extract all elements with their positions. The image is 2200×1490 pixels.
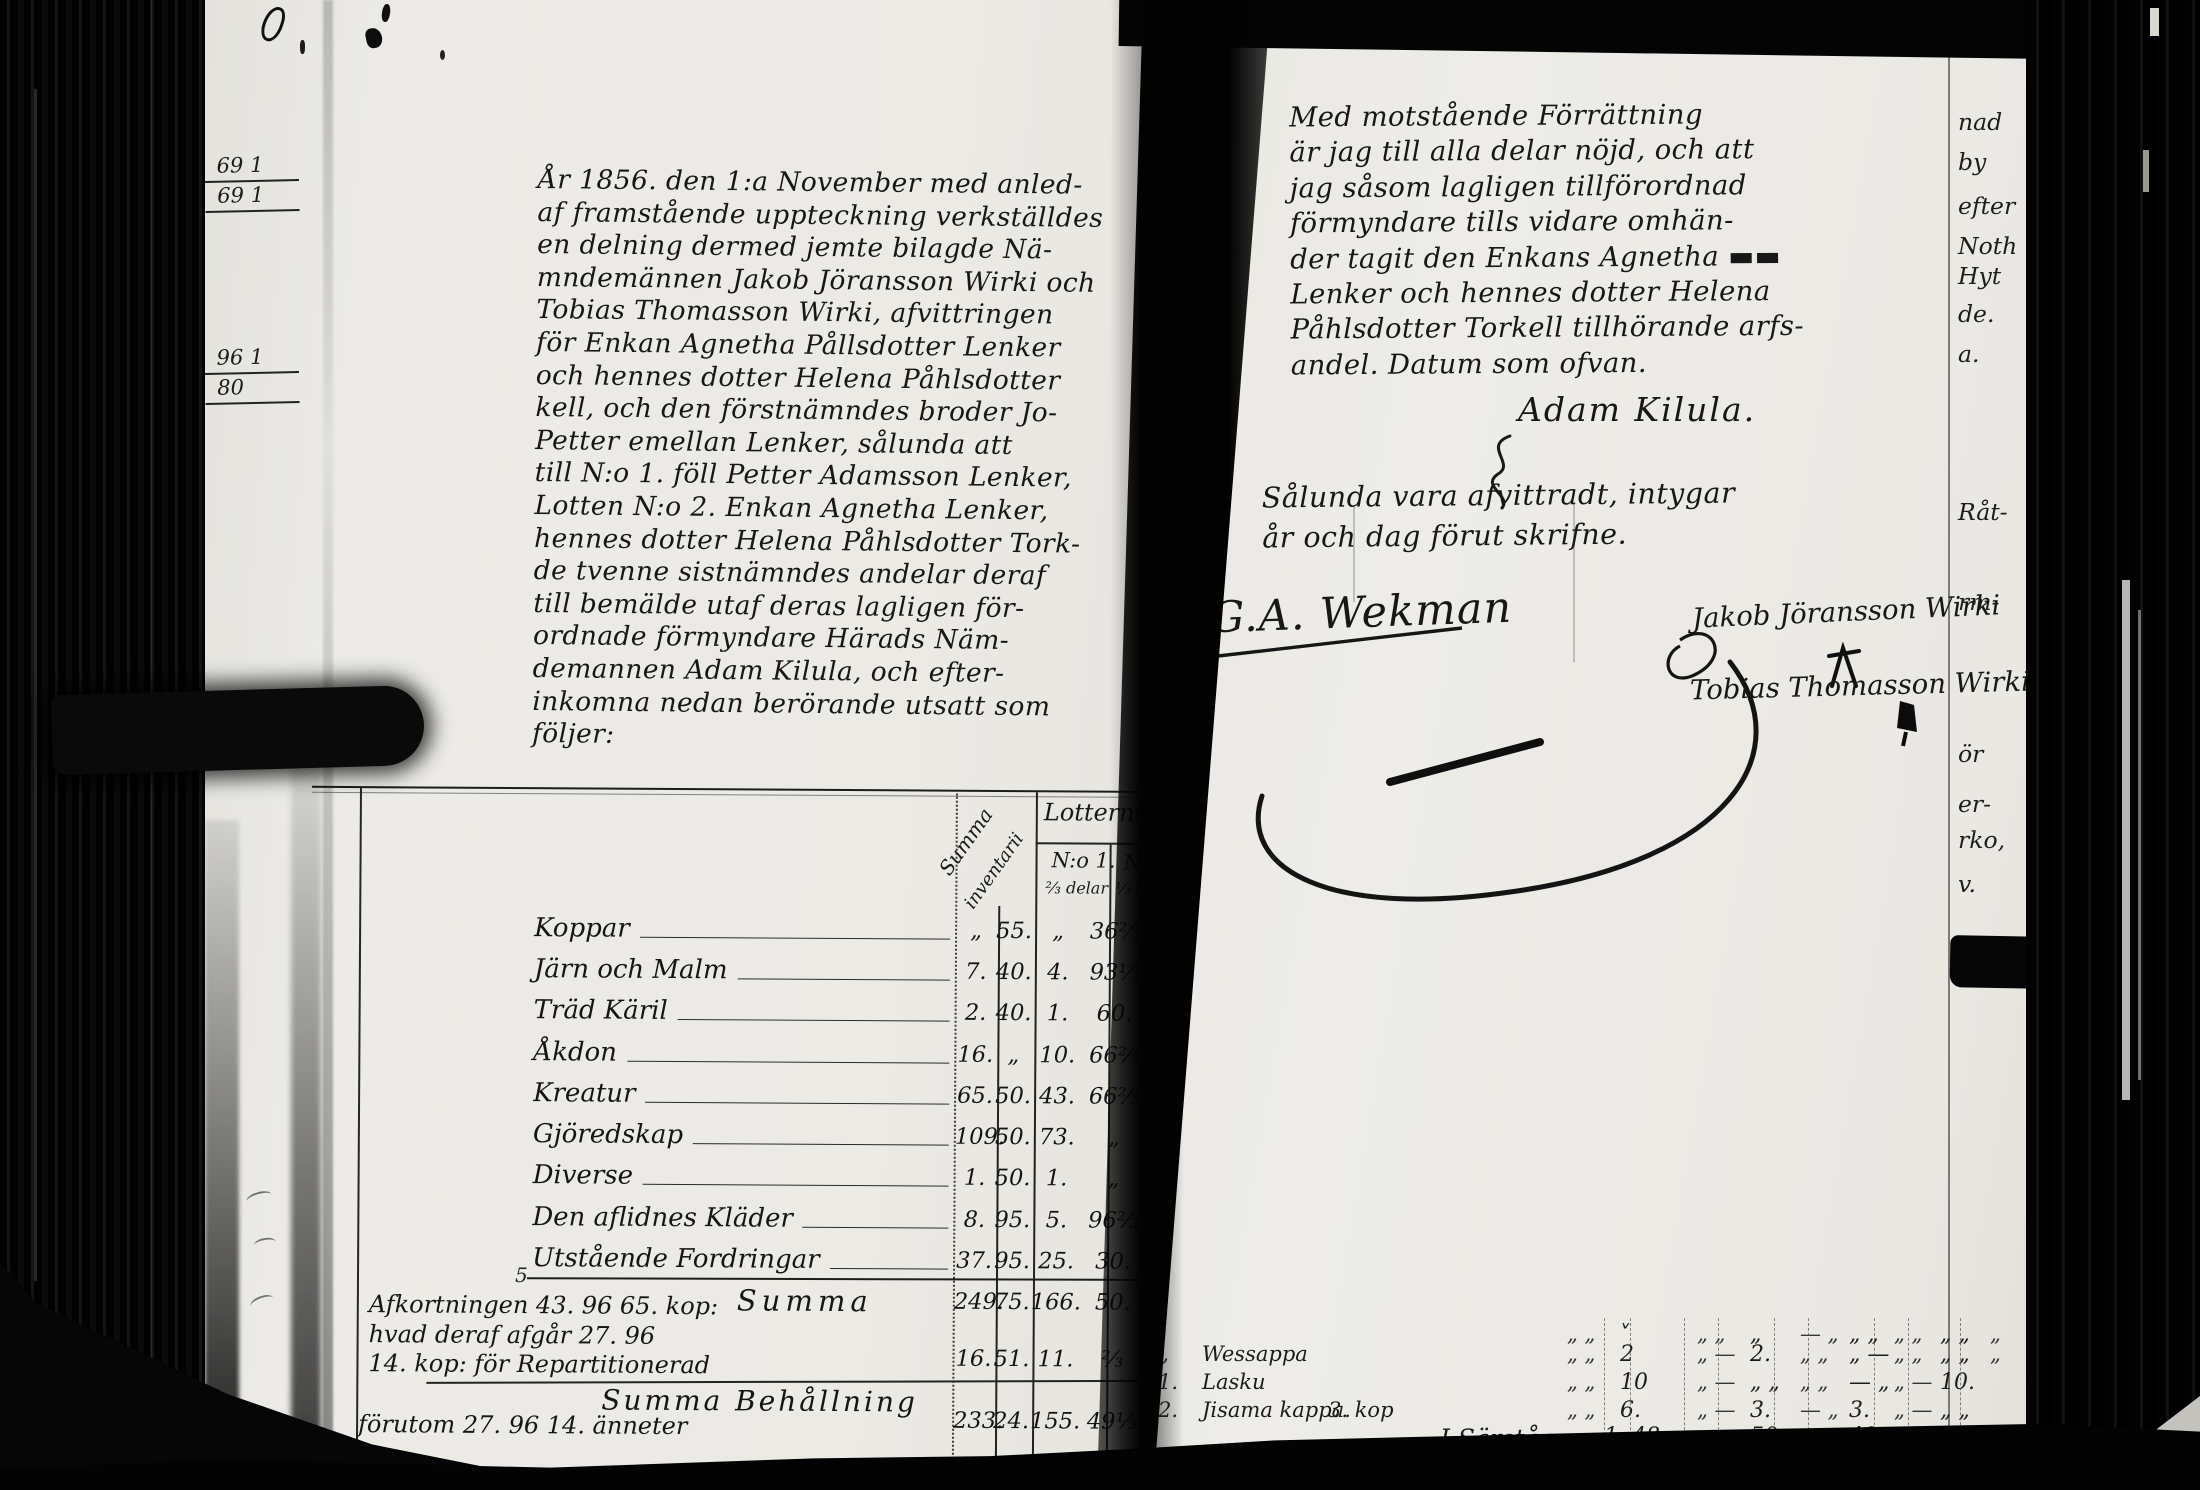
cell-total-kop: 50.	[995, 1083, 1031, 1109]
summa-total-rub: 249.	[954, 1289, 994, 1315]
cell-total-rub: „	[956, 917, 996, 943]
deduction-line: Afkortningen 43. 96 65. kop:	[369, 1290, 944, 1323]
row-label: Träd Käril	[534, 995, 668, 1026]
value-col3: — „	[1849, 1370, 1889, 1395]
margin-fragment: 69 1	[205, 181, 300, 213]
cell-lot1-rub: 1.	[1031, 1166, 1083, 1192]
leader-line	[627, 1059, 949, 1063]
handwritten-line: Påhlsdotter Torkell tillhörande arfs-	[1291, 308, 1991, 348]
cell-total-kop: 95.	[994, 1207, 1030, 1233]
ditto-mark: „ —	[1697, 1370, 1736, 1394]
handwritten-line: Sålunda vara afvittradt, intygar	[1262, 474, 1736, 519]
cell-total-rub: 65.	[955, 1083, 995, 1109]
edge-word-fragment: ör	[1958, 740, 1983, 768]
handwritten-line: år och dag förut skrifne.	[1262, 514, 1736, 559]
ink-speck	[440, 50, 445, 60]
balance-kop: 24.	[993, 1408, 1029, 1434]
cell-total-kop: 40.	[996, 959, 1032, 985]
edge-word-fragment: nad	[1958, 108, 2002, 136]
ditto-mark: „ —	[1697, 1342, 1736, 1366]
table-row: Koppar „ 55. „ 36⅔ „	[349, 906, 1152, 952]
cell-lot1-rub: 1.	[1032, 1000, 1084, 1026]
cell-total-rub: 16.	[955, 1041, 995, 1067]
row-label: Gjöredskap	[533, 1119, 683, 1150]
edge-word-fragment: v.	[1958, 870, 1976, 898]
edge-word-fragment: er-	[1958, 790, 1991, 818]
dashed-column-rule	[1630, 1318, 1631, 1450]
leader-line	[693, 1142, 949, 1146]
table-row: Järn och Malm 7. 40. 4. 93⅓ 2	[349, 947, 1152, 993]
handwritten-line: jag såsom lagligen tillförordnad	[1290, 166, 1990, 206]
edge-word-fragment: rm-	[1958, 588, 1999, 616]
margin-number-fragments-top: 69 169 1	[205, 151, 301, 213]
row-label: Lasku	[1202, 1370, 1266, 1394]
ditto-mark: „ —	[1697, 1398, 1736, 1422]
leader-line	[803, 1225, 949, 1228]
row-label: Wessappa	[1202, 1342, 1308, 1366]
handwritten-line: är jag till alla delar nöjd, och att	[1289, 131, 1989, 171]
table-row: Den aflidnes Kläder 8. 95. 5. 96⅔ 2	[347, 1195, 1152, 1241]
edge-sliver	[2143, 150, 2149, 192]
row-label: Diverse	[533, 1161, 634, 1192]
cell-total-kop: 40.	[996, 1000, 1032, 1026]
value-col1: 10	[1620, 1370, 1648, 1395]
leader-line	[640, 935, 950, 939]
page-edge-crease	[1948, 54, 1950, 1439]
table-row: Träd Käril 2. 40. 1. 60. „	[349, 989, 1152, 1035]
attestation-paragraph: Sålunda vara afvittradt, intygarår och d…	[1262, 474, 1736, 559]
handwritten-line: andel. Datum som ofvan.	[1291, 343, 1991, 383]
table-top-rule-2	[312, 792, 1152, 799]
balance-lot1-rub: 155.	[1029, 1408, 1081, 1434]
margin-fragment: 96 1	[205, 343, 299, 375]
edge-word-fragment: by	[1958, 148, 1986, 176]
dashed-column-rule	[1604, 1318, 1605, 1450]
allotment-row: 1. Lasku „ „ 10 „ — „ „ „ „ — „ „ — 10.	[1152, 1370, 2036, 1396]
ditto-mark: „ —	[1894, 1370, 1933, 1394]
cell-lot1-rub: 5.	[1030, 1207, 1082, 1233]
left-page-paragraph: År 1856. den 1:a November med anled-af f…	[532, 164, 1152, 757]
deduction-lot1-rub: 11.	[1029, 1346, 1081, 1372]
balance-note: förutom 27. 96 14. änneter	[358, 1410, 687, 1440]
right-page: Med motstående Förrättningär jag till al…	[1150, 36, 2040, 1448]
leader-line	[645, 1101, 949, 1105]
edge-sliver	[34, 89, 37, 1281]
deduction-line: hvad deraf afgår 27. 96	[369, 1320, 944, 1353]
subheader-lot1-share: ⅔ delar	[1045, 878, 1108, 897]
cell-lot1-rub: 4.	[1032, 959, 1084, 985]
table-row: Kreatur 65. 50. 43. 66⅔ 21	[348, 1071, 1152, 1117]
leader-line	[643, 1183, 949, 1187]
cell-total-rub: 109.	[955, 1124, 995, 1150]
summa-lot1-rub: 166.	[1030, 1289, 1082, 1315]
margin-fragment: 69 1	[205, 151, 299, 183]
handwritten-line: förmyndare tills vidare omhän-	[1290, 202, 1990, 242]
balance-rub: 233.	[953, 1408, 993, 1434]
ditto-mark: „ „	[1567, 1370, 1595, 1394]
value-col1: 2	[1620, 1342, 1634, 1367]
inventory-table: Summa inventarii Lotterne N:o 1. ⅔ delar…	[346, 786, 1152, 1490]
ditto-mark: „ —	[1894, 1398, 1933, 1422]
cell-lot1-rub: 10.	[1031, 1042, 1083, 1068]
deduction-kop: 51.	[993, 1346, 1029, 1372]
signature-wekman: G.A. Wekman	[1209, 583, 1513, 644]
dashed-column-rule	[1684, 1318, 1685, 1450]
cell-total-kop: 55.	[996, 918, 1032, 944]
row-label: Kreatur	[533, 1078, 636, 1109]
margin-fragment: 80	[205, 373, 300, 405]
cell-total-rub: 37.	[954, 1248, 994, 1274]
edge-sliver	[2150, 8, 2159, 36]
edge-sliver	[2122, 580, 2130, 1100]
edge-sliver	[2138, 610, 2141, 1080]
binding-clamp-shadow	[51, 685, 425, 775]
edge-word-fragment: a.	[1958, 340, 1979, 368]
deduction-line: 14. kop: för Repartitionerad	[368, 1349, 943, 1382]
ink-speck	[300, 40, 305, 54]
edge-word-fragment: Hyt	[1958, 262, 2001, 290]
balance-rule	[426, 1380, 1152, 1384]
deduction-rub: 16.	[953, 1346, 993, 1372]
cell-total-kop: 95.	[994, 1248, 1030, 1274]
table-row: Utstående Fordringar 37. 95. 25. 30. 12	[347, 1236, 1152, 1282]
signature-flourish-icon	[1210, 592, 1790, 932]
row-label: Järn och Malm	[534, 954, 728, 985]
allotment-row: „ Wessappa „ „ 2 „ — 2. „ „ „ — „ „ „ „ …	[1152, 1342, 2036, 1368]
cell-lot1-rub: 43.	[1031, 1083, 1083, 1109]
subheader-lot1: N:o 1.	[1051, 848, 1115, 872]
ditto-mark: „ „	[1800, 1370, 1828, 1394]
consent-paragraph: Med motstående Förrättningär jag till al…	[1289, 96, 1991, 384]
page-curl-shadow	[291, 685, 321, 1490]
table-row: Åkdon 16. „ 10. 66⅔ 5.	[348, 1030, 1152, 1076]
cell-total-rub: 2.	[956, 1000, 996, 1026]
value-col2: „ „	[1750, 1370, 1780, 1395]
allotment-row: 2. Jisama kappa. 3. kop „ „ 6. „ — 3. — …	[1152, 1398, 2036, 1424]
inventory-rows: Koppar „ 55. „ 36⅔ „ Järn och Malm 7. 40…	[347, 906, 1152, 1283]
ditto-mark: „ „	[1567, 1342, 1595, 1366]
handwritten-line: inkomna nedan berörande utsatt som	[532, 685, 1152, 724]
leader-line	[678, 1018, 950, 1022]
handwritten-line: Med motstående Förrättning	[1289, 96, 1989, 136]
row-note: 3. kop	[1328, 1398, 1394, 1422]
value-col2: 2.	[1750, 1342, 1771, 1367]
margin-number-fragments-mid: 96 180	[205, 343, 301, 405]
edge-word-fragment: Noth	[1958, 232, 2017, 260]
bomark-tobias-icon	[1892, 698, 1922, 748]
cell-total-rub: 7.	[956, 959, 996, 985]
value-col3: „ —	[1849, 1342, 1889, 1367]
cell-lot1-rub: „	[1032, 918, 1084, 944]
ditto-mark: „ „	[1800, 1342, 1828, 1366]
cell-total-rub: 1.	[955, 1165, 995, 1191]
handwritten-line: följer:	[532, 718, 1152, 757]
value-col3: 3.	[1849, 1398, 1870, 1423]
value-col2: 3.	[1750, 1398, 1771, 1423]
cell-total-kop: „	[995, 1041, 1031, 1067]
cell-total-rub: 8.	[954, 1206, 994, 1232]
row-label: Utstående Fordringar	[532, 1243, 820, 1275]
leader-line	[738, 977, 950, 980]
cell-lot1-rub: 73.	[1031, 1124, 1083, 1150]
edge-word-fragment: efter	[1958, 192, 2015, 220]
handwritten-line: Lenker och hennes dotter Helena	[1290, 273, 1990, 313]
edge-word-fragment: de.	[1958, 300, 1994, 328]
cell-total-kop: 50.	[995, 1165, 1031, 1191]
scanned-book-spread: 69 169 1 96 180 År 1856. den 1:a Novembe…	[0, 0, 2200, 1490]
edge-word-fragment: Råt-	[1958, 498, 2008, 526]
handwritten-line: der tagit den Enkans Agnetha ▬▬	[1290, 237, 1990, 277]
row-label: Åkdon	[533, 1037, 617, 1068]
row-number: 2.	[1158, 1398, 1178, 1422]
ditto-mark: — „	[1800, 1398, 1839, 1422]
right-scan-edge	[2026, 0, 2200, 1490]
table-row: Gjöredskap 109. 50. 73. „ 36	[348, 1112, 1152, 1158]
summa-total-kop: 75.	[994, 1289, 1030, 1315]
edge-word-fragment: rko,	[1958, 826, 2005, 854]
cell-total-kop: 50.	[995, 1124, 1031, 1150]
table-row: Diverse 1. 50. 1. „ „	[348, 1154, 1152, 1200]
leader-line	[830, 1267, 949, 1270]
row-label: Koppar	[534, 913, 630, 944]
ditto-mark: „ „	[1567, 1398, 1595, 1422]
cell-lot1-rub: 25.	[1030, 1248, 1082, 1274]
deduction-note: Afkortningen 43. 96 65. kop:hvad deraf a…	[368, 1290, 944, 1382]
row-label: Den aflidnes Kläder	[532, 1202, 793, 1234]
signature-adam-kilula: Adam Kilula.	[1518, 390, 1756, 429]
